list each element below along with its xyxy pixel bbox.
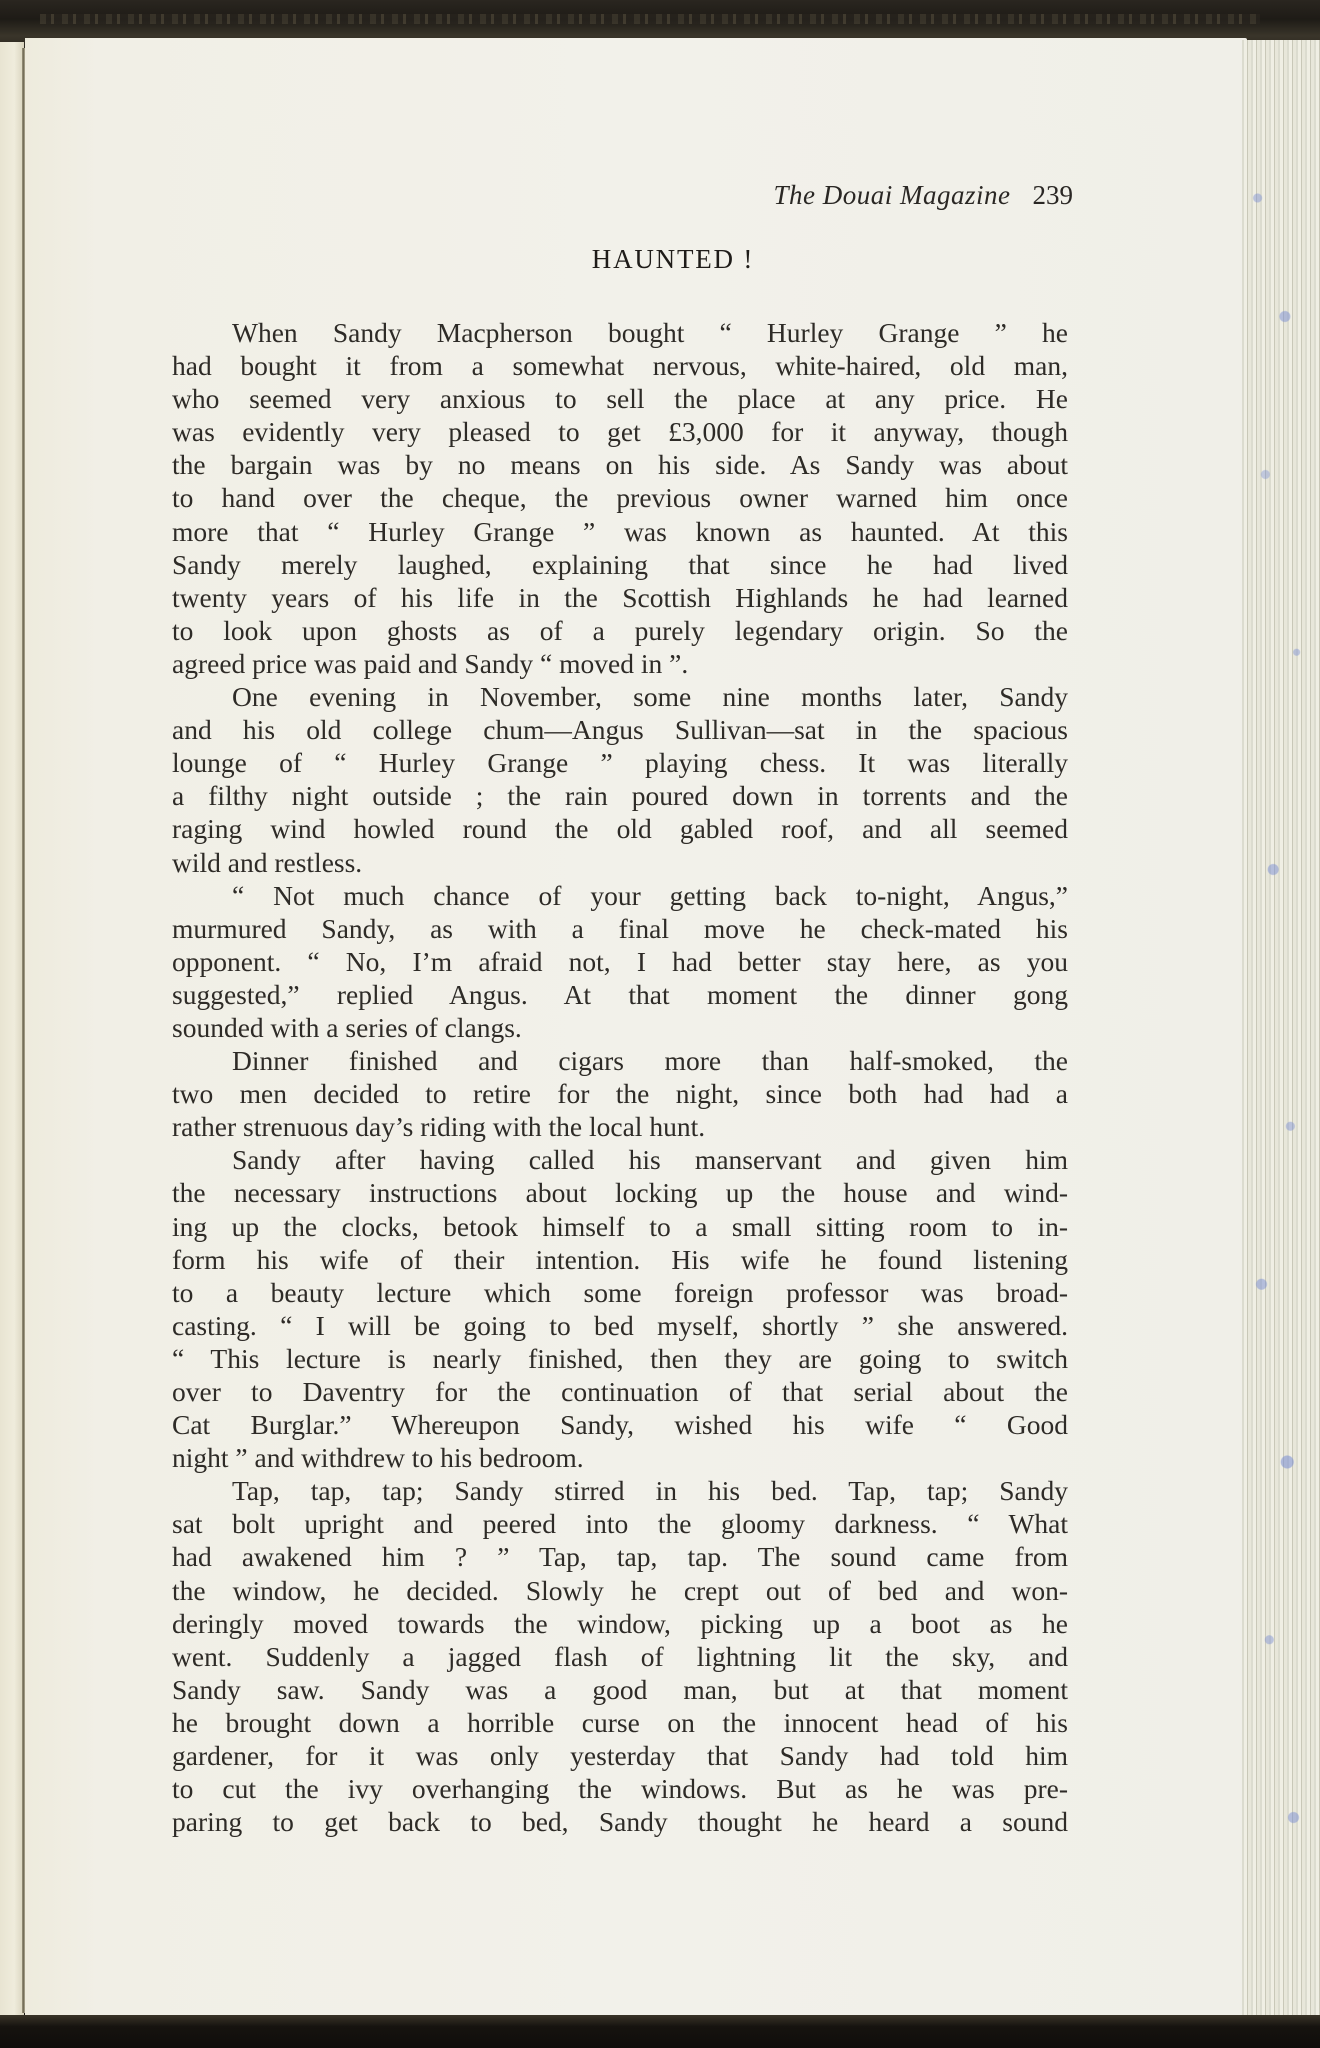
text-line: Sandy saw. Sandy was a good man, but at … — [172, 1673, 1068, 1706]
text-line: twenty years of his life in the Scottish… — [172, 581, 1068, 614]
text-line: casting. “ I will be going to bed myself… — [172, 1309, 1068, 1342]
text-line: was evidently very pleased to get £3,000… — [172, 415, 1068, 448]
text-line: who seemed very anxious to sell the plac… — [172, 382, 1068, 415]
text-line: paring to get back to bed, Sandy thought… — [172, 1805, 1068, 1838]
text-line: went. Suddenly a jagged flash of lightni… — [172, 1640, 1068, 1673]
text-line: to cut the ivy overhanging the windows. … — [172, 1772, 1068, 1805]
text-line: to a beauty lecture which some foreign p… — [172, 1276, 1068, 1309]
text-line: the necessary instructions about locking… — [172, 1176, 1068, 1209]
text-line: Tap, tap, tap; Sandy stirred in his bed.… — [172, 1474, 1068, 1507]
text-line: the bargain was by no means on his side.… — [172, 448, 1068, 481]
text-line: he brought down a horrible curse on the … — [172, 1706, 1068, 1739]
page-number: 239 — [1033, 180, 1074, 211]
book-cover-bottom — [0, 2015, 1320, 2048]
publication-title: The Douai Magazine — [774, 180, 1011, 211]
text-line: agreed price was paid and Sandy “ moved … — [172, 647, 1068, 680]
text-line: Cat Burglar.” Whereupon Sandy, wished hi… — [172, 1408, 1068, 1441]
article-body: When Sandy Macpherson bought “ Hurley Gr… — [172, 316, 1068, 1838]
page-stack-edge — [1242, 40, 1320, 2015]
text-line: had awakened him ? ” Tap, tap, tap. The … — [172, 1540, 1068, 1573]
text-line: sounded with a series of clangs. — [172, 1011, 1068, 1044]
text-line: gardener, for it was only yesterday that… — [172, 1739, 1068, 1772]
text-line: suggested,” replied Angus. At that momen… — [172, 978, 1068, 1011]
text-line: “ Not much chance of your getting back t… — [172, 879, 1068, 912]
page-gutter — [22, 48, 25, 2013]
running-head: The Douai Magazine 239 — [695, 180, 1073, 226]
text-line: had bought it from a somewhat nervous, w… — [172, 349, 1068, 382]
text-line: form his wife of their intention. His wi… — [172, 1243, 1068, 1276]
text-line: two men decided to retire for the night,… — [172, 1077, 1068, 1110]
text-line: When Sandy Macpherson bought “ Hurley Gr… — [172, 316, 1068, 349]
text-line: opponent. “ No, I’m afraid not, I had be… — [172, 945, 1068, 978]
text-line: sat bolt upright and peered into the glo… — [172, 1507, 1068, 1540]
text-line: deringly moved towards the window, picki… — [172, 1607, 1068, 1640]
text-line: and his old college chum—Angus Sullivan—… — [172, 713, 1068, 746]
text-line: over to Daventry for the continuation of… — [172, 1375, 1068, 1408]
text-line: more that “ Hurley Grange ” was known as… — [172, 515, 1068, 548]
text-line: night ” and withdrew to his bedroom. — [172, 1441, 1068, 1474]
article-title: HAUNTED ! — [0, 244, 1320, 275]
text-line: Sandy merely laughed, explaining that si… — [172, 548, 1068, 581]
text-line: One evening in November, some nine month… — [172, 680, 1068, 713]
text-line: ing up the clocks, betook himself to a s… — [172, 1210, 1068, 1243]
text-line: rather strenuous day’s riding with the l… — [172, 1110, 1068, 1143]
text-line: “ This lecture is nearly finished, then … — [172, 1342, 1068, 1375]
text-line: raging wind howled round the old gabled … — [172, 812, 1068, 845]
text-line: Sandy after having called his manservant… — [172, 1143, 1068, 1176]
text-line: to hand over the cheque, the previous ow… — [172, 481, 1068, 514]
text-line: a filthy night outside ; the rain poured… — [172, 779, 1068, 812]
text-line: to look upon ghosts as of a purely legen… — [172, 614, 1068, 647]
text-line: murmured Sandy, as with a final move he … — [172, 912, 1068, 945]
text-line: the window, he decided. Slowly he crept … — [172, 1574, 1068, 1607]
text-line: lounge of “ Hurley Grange ” playing ches… — [172, 746, 1068, 779]
text-line: wild and restless. — [172, 846, 1068, 879]
text-line: Dinner finished and cigars more than hal… — [172, 1044, 1068, 1077]
facing-page-edge — [0, 42, 24, 2017]
